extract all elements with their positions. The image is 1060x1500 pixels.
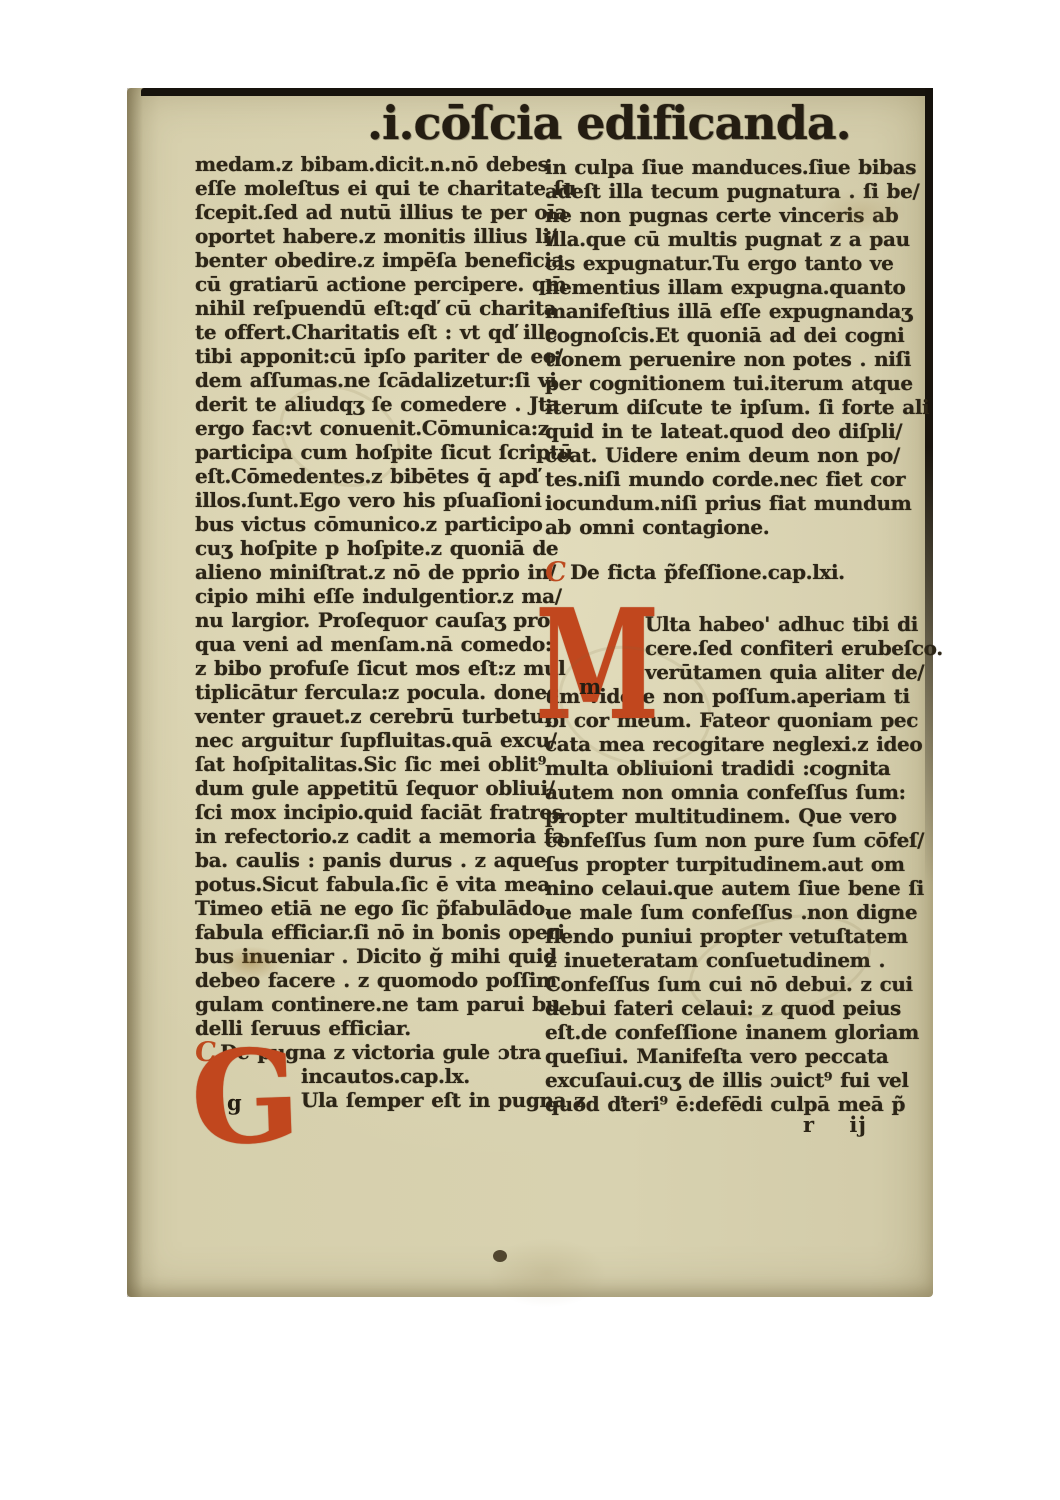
text-line: eſt.Cōmedentes.z bibētes q̄ apď <box>195 464 547 488</box>
text-line: derit te aliudqʒ ſe comedere . Jta <box>195 392 547 416</box>
text-line: multa obliuioni tradidi :cognita <box>545 756 897 780</box>
text-line: quid in te lateat.quod deo diſpli/ <box>545 419 897 443</box>
right-column-text-1: in culpa ſiue manduces.ſiue bibasadeſt i… <box>545 155 897 539</box>
stain <box>487 1238 607 1308</box>
text-line: venter grauet.z cerebrū turbetur <box>195 704 547 728</box>
text-line: iocundum.niſi prius fiat mundum <box>545 491 897 515</box>
chapter-opening-gula: G g incautos.cap.lx. Ula ſemper eſt in p… <box>195 1064 547 1112</box>
text-line: in refectorio.z cadit a memoria fa <box>195 824 547 848</box>
text-line: tibi apponit:cū ipſo pariter de eo/ <box>195 344 547 368</box>
text-line: potus.Sicut fabula.ſic ē vita mea <box>195 872 547 896</box>
text-line: z inueteratam conſuetudinem . <box>545 948 897 972</box>
text-line: cuʒ hoſpite p hoſpite.z quoniā de <box>195 536 547 560</box>
text-line: gulam continere.ne tam parui bu <box>195 992 547 1016</box>
text-line: queſiui. Manifeſta vero peccata <box>545 1044 897 1068</box>
text-line: cis expugnatur.Tu ergo tanto ve <box>545 251 897 275</box>
text-line: nu largior. Proſequor cauſaʒ pro <box>195 608 547 632</box>
text-line: te offert.Charitatis eſt : vt qď ille <box>195 320 547 344</box>
text-line: manifeſtius illā eſſe expugnandaʒ <box>545 299 897 323</box>
text-line: confeſſus ſum non pure ſum cōfeſ/ <box>545 828 897 852</box>
text-line: debui fateri celaui: z quod peius <box>545 996 897 1020</box>
text-line: in culpa ſiue manduces.ſiue bibas <box>545 155 897 179</box>
text-line: autem non omnia confeſſus ſum: <box>545 780 897 804</box>
text-line: propter multitudinem. Que vero <box>545 804 897 828</box>
text-line: cognoſcis.Et quoniā ad dei cogni <box>545 323 897 347</box>
text-line: iterum diſcute te ipſum. ſi forte ali <box>545 395 897 419</box>
text-line: illos.ſunt.Ego vero his pſuaſioni <box>195 488 547 512</box>
ink-spot <box>493 1250 507 1262</box>
chapter-opening-multa: M m Ulta habeo' adhuc tibi dicere.ſed co… <box>545 612 897 684</box>
text-line: z bibo profuſe ſicut mos eſt:z mul <box>195 656 547 680</box>
text-line: oportet habere.z monitis illius li/ <box>195 224 547 248</box>
text-line: Timeo etiā ne ego ſic p̃fabulādo. <box>195 896 547 920</box>
text-line: ceat. Uidere enim deum non po/ <box>545 443 897 467</box>
text-line: adeſt illa tecum pugnatura . ſi be/ <box>545 179 897 203</box>
text-line: participa cum hoſpite ſicut ſcriptū <box>195 440 547 464</box>
running-title: .i.cōſcia edificanda. <box>367 96 927 150</box>
text-line: tiplicātur fercula:z pocula. donec <box>195 680 547 704</box>
rubricated-initial-G: G <box>189 1045 302 1151</box>
text-line: illa.que cū multis pugnat z a pau <box>545 227 897 251</box>
text-line: bus victus cōmunico.z participo <box>195 512 547 536</box>
text-line: dum gule appetitū ſequor obliui/ <box>195 776 547 800</box>
text-line: per cognitionem tui.iterum atque <box>545 371 897 395</box>
text-line: ab omni contagione. <box>545 515 897 539</box>
page-left-edge-shadow <box>127 88 143 1297</box>
quire-signature: r ij <box>803 1112 867 1137</box>
left-column: medam.z bibam.dicit.n.nō debeseſſe moleſ… <box>195 152 547 1112</box>
text-line: medam.z bibam.dicit.n.nō debes <box>195 152 547 176</box>
text-line: ſat hoſpitalitas.Sic ſic mei oblit⁹ <box>195 752 547 776</box>
text-line: ne non pugnas certe vinceris ab <box>545 203 897 227</box>
guide-letter-m: m <box>579 674 601 699</box>
text-line: eſt.de confeſſione inanem gloriam <box>545 1020 897 1044</box>
left-column-text: medam.z bibam.dicit.n.nō debeseſſe moleſ… <box>195 152 547 1040</box>
text-line: ſus propter turpitudinem.aut om <box>545 852 897 876</box>
text-line: excuſaui.cuʒ de illis ɔuict⁹ fui vel <box>545 1068 897 1092</box>
text-line: nec arguitur ſupfluitas.quā excu/ <box>195 728 547 752</box>
text-line: alieno miniſtrat.z nō de pprio in/ <box>195 560 547 584</box>
text-line: nino celaui.que autem ſiue bene ſi <box>545 876 897 900</box>
text-line: ergo fac:vt conuenit.Cōmunica:z <box>195 416 547 440</box>
text-line: hementius illam expugna.quanto <box>545 275 897 299</box>
text-line: cipio mihi eſſe indulgentior.z ma/ <box>195 584 547 608</box>
text-line: dem aſſumas.ne ſcādalizetur:ſi vi <box>195 368 547 392</box>
right-column: in culpa ſiue manduces.ſiue bibasadeſt i… <box>545 155 897 1116</box>
text-line: flendo puniui propter vetuſtatem <box>545 924 897 948</box>
text-line: tes.niſi mundo corde.nec fiet cor <box>545 467 897 491</box>
text-line: bus inueniar . Dicito ğ mihi quid <box>195 944 547 968</box>
text-line: nihil reſpuendū eſt:qď cū charita <box>195 296 547 320</box>
text-line: benter obedire.z impēſa beneficia <box>195 248 547 272</box>
text-line: debeo facere . z quomodo poſſim <box>195 968 547 992</box>
rubricated-initial-M: M <box>535 604 660 726</box>
text-line: ſcepit.ſed ad nutū illius te per oīa <box>195 200 547 224</box>
text-line: fabula efficiar.ſi nō in bonis operi <box>195 920 547 944</box>
text-line: qua veni ad menſam.nā comedo: <box>195 632 547 656</box>
text-line: ba. caulis : panis durus . z aque <box>195 848 547 872</box>
text-line: tionem peruenire non potes . niſi <box>545 347 897 371</box>
text-line: cū gratiarū actione percipere. qm̄ <box>195 272 547 296</box>
text-line: Confeſſus ſum cui nō debui. z cui <box>545 972 897 996</box>
scan-canvas: { "page": { "running_title": ".i.cōſcia … <box>0 0 1060 1500</box>
book-page: .i.cōſcia edificanda. medam.z bibam.dici… <box>127 88 933 1297</box>
page-right-edge-shadow <box>925 88 933 886</box>
text-line: ſci mox incipio.quid faciāt fratres <box>195 800 547 824</box>
text-line: ue male ſum confeſſus .non digne <box>545 900 897 924</box>
guide-letter-g: g <box>227 1090 242 1115</box>
text-line: eſſe moleſtus ei qui te charitate ſu <box>195 176 547 200</box>
page-top-edge-shadow <box>141 88 933 96</box>
